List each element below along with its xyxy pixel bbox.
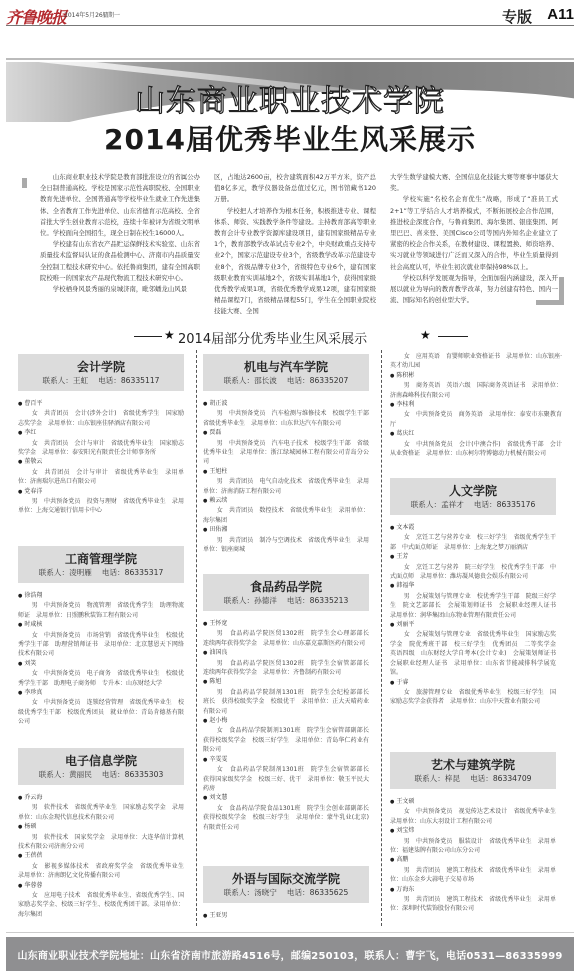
student-name: 徐浩翔 xyxy=(18,591,184,601)
student-desc: 男 食品药品学院医贸1302班 院学生会宿管部部长 连续两年获得奖学金 录用单位… xyxy=(203,659,369,678)
student-desc: 男 共青团员 制冷与空调技术 省级优秀毕业生 录用单位：银座商城 xyxy=(203,536,369,555)
student-desc: 女 共青团员 会计与审计 省级优秀毕业生 录用单位：济南瑞尔进出口有限公司 xyxy=(18,468,184,487)
college-name: 艺术与建筑学院 xyxy=(390,757,556,773)
student-desc: 男 共青团员 电气自动化技术 省级优秀毕业生 录用单位：济南消防工程有限公司 xyxy=(203,477,369,496)
student-entry: 赵小梅女 食品药品学院制剂1301班 院学生会宿管部副部长 获得校级奖学金 校级… xyxy=(203,716,369,755)
student-entry: 陈旭男 食品药品学院制剂1301班 院学生会纪检部部长 班长 获得校级奖学金 校… xyxy=(203,677,369,716)
student-name: 党春洋 xyxy=(18,487,184,497)
intro-paragraph: 学校建有山东省农产品贮运保鲜技术实验室、山东省质量技术监督局认证的食品检测中心、… xyxy=(40,239,200,284)
student-desc: 男 中共预备党员 物流管理 省级优秀学生 助理物流师证 录用单位：日照鹏秋装饰工… xyxy=(18,601,184,620)
student-name: 韩福华 xyxy=(390,581,556,591)
student-list: 胡正波男 中共预备党员 汽车检测与维修技术 校级学生干部 省级优秀毕业生 录用单… xyxy=(203,399,369,555)
student-entry: 李珍真女 中共预备党员 连锁经营管理 省级优秀毕业生 校级优秀学生干部 校级优秀… xyxy=(18,688,184,727)
student-entry: 王文硕女 中共预备党员 视觉传达艺术设计 省级优秀毕业生 录用单位：山东大羽设计… xyxy=(390,797,556,826)
student-name: 李珍真 xyxy=(18,688,184,698)
contact-phone: 电话：86335625 xyxy=(287,888,348,897)
student-desc: 男 中共预备党员 汽车检测与维修技术 校级学生干部 省级优秀毕业生 录用单位：山… xyxy=(203,409,369,428)
student-entry: 董敬云女 共青团员 会计与审计 省级优秀毕业生 录用单位：济南瑞尔进出口有限公司 xyxy=(18,457,184,486)
student-name: 万海东 xyxy=(390,885,556,895)
college-header: 电子信息学院 联系人：黄丽民电话：86335303 xyxy=(18,748,184,785)
college-art-architecture: 艺术与建筑学院 联系人：梓昆电话：86334709 王文硕女 中共预备党员 视觉… xyxy=(390,752,556,914)
student-entry: 葛庆红女 中共预备党员 会计(中澳合作) 省级优秀干部 会计从业资格证 录用单位… xyxy=(390,429,562,458)
student-name: 王旭柱 xyxy=(203,467,369,477)
student-desc: 男 共青团员 建筑工程技术 省级优秀毕业生 录用单位：深圳时代装饰股份有限公司 xyxy=(390,895,556,914)
student-desc: 男 食品药品学院医贸1302班 院学生会心理部部长 连续两年获得奖学金 录用单位… xyxy=(203,629,369,648)
student-entry: 徐浩翔男 中共预备党员 物流管理 省级优秀学生 助理物流师证 录用单位：日照鹏秋… xyxy=(18,591,184,620)
contact-phone: 电话：86335176 xyxy=(474,500,535,509)
student-entry: 刘文慧女 食品药品学院食品1301班 院学生会创业部副部长 获得校级奖学金 校级… xyxy=(203,793,369,832)
student-entry: 乔云海男 软件技术 省级优秀毕业生 国家励志奖学金 录用单位：山东金现代信息技术… xyxy=(18,793,184,822)
student-entry: 李红女 共青团员 会计与审计 省级优秀毕业生 国家励志奖学金 录用单位：泰安阳光… xyxy=(18,428,184,457)
student-list: 乔云海男 软件技术 省级优秀毕业生 国家励志奖学金 录用单位：山东金现代信息技术… xyxy=(18,793,184,919)
college-name: 会计学院 xyxy=(18,359,184,375)
student-entry: 万海东男 共青团员 建筑工程技术 省级优秀毕业生 录用单位：深圳时代装饰股份有限… xyxy=(390,885,556,914)
student-entry: 李桂利女 中共预备党员 商务英语 录用单位：泰安市东聚教育厅 xyxy=(390,400,562,429)
contact-phone: 电话：86335213 xyxy=(287,596,348,605)
paragraph-marker-icon xyxy=(22,178,27,188)
intro-paragraph: 学校以科学发展观为指导，全面加强内涵建设，深入开展以就业为导向的教育教学改革，努… xyxy=(390,273,558,307)
college-contact: 联系人：王虹电话：86335117 xyxy=(18,375,184,387)
top-divider xyxy=(6,58,574,60)
student-desc: 男 共青团员 建筑工程技术 省级优秀毕业生 录用单位：山东金乡大蒜电子交易市场 xyxy=(390,866,556,885)
college-header: 机电与汽车学院 联系人：邵长波电话：86335207 xyxy=(203,354,369,391)
student-desc: 男 商务英语 英语六级 国际商务英语证书 录用单位：济南森峰科技有限公司 xyxy=(390,381,562,400)
student-entry: 田佑湘男 共青团员 制冷与空调技术 省级优秀毕业生 录用单位：银座商城 xyxy=(203,525,369,554)
student-desc: 女 烹饪工艺与营养 院三好学生 校优秀学生干部 中式面点师 录用单位：潍坊凝风德… xyxy=(390,563,556,582)
student-name: 胡正波 xyxy=(203,399,369,409)
student-list: 曹百平女 共青团员 会计(涉外会计) 省级优秀学生 国家励志奖学金 录用单位：山… xyxy=(18,399,184,516)
intro-column-2: 区，占地达2600亩，校舍建筑面积42万平方米，资产总值8亿多元，教学仪器设备总… xyxy=(214,172,376,318)
title-banner: 山东商业职业技术学院 2014届优秀毕业生风采展示 xyxy=(6,62,574,160)
student-name: 李红 xyxy=(18,428,184,438)
student-name: 赵小梅 xyxy=(203,716,369,726)
contact-person: 联系人：黄丽民 xyxy=(39,770,92,779)
college-header: 外语与国际交流学院 联系人：汤晓宁电话：86335625 xyxy=(203,866,369,903)
student-entry: 党春洋男 中共预备党员 投资与理财 省级优秀毕业生 录用单位：上海交通银行信用卡… xyxy=(18,487,184,516)
student-desc: 女 应用电子技术 省级优秀毕业生、省级优秀学生、国家励志奖学金、校级三好学生、校… xyxy=(18,891,184,919)
student-entry: 刘笑女 中共预备党员 电子商务 省级优秀毕业生 校级优秀学生干部 助理电子商务师… xyxy=(18,659,184,688)
corner-bracket-icon xyxy=(536,277,564,305)
student-name: 王芳 xyxy=(390,552,556,562)
intro-column-1: 山东商业职业技术学院是教育部批准设立的省属公办全日制普通高校。学校是国家示范性高… xyxy=(40,172,200,295)
star-icon: ★ xyxy=(420,328,431,342)
footer-address: 山东商业职业技术学院地址：山东省济南市旅游路4516号，邮编250103，联系人… xyxy=(6,947,574,962)
college-name: 工商管理学院 xyxy=(18,551,184,567)
student-name: 辛雯雯 xyxy=(203,755,369,765)
intro-paragraph: 大学生数学建模大赛、全国信息化技能大赛等赛事中屡获大奖。 xyxy=(390,172,558,194)
contact-phone: 电话：86335207 xyxy=(287,376,348,385)
student-entry: 王亚男 xyxy=(203,911,369,921)
student-entry: 华蓉蓉女 应用电子技术 省级优秀毕业生、省级优秀学生、国家励志奖学金、校级三好学… xyxy=(18,881,184,920)
student-entry: 王蓓蓓女 影视多媒体技术 省政府奖学金 省级优秀毕业生 录用单位：济南朗亿文化传… xyxy=(18,851,184,880)
student-entry: 刘丽平女 会展策划与管理专业 省级优秀毕业生 国家励志奖学金 院优秀班干部 校三… xyxy=(390,620,556,677)
student-name: 文本霞 xyxy=(390,523,556,533)
student-name: 赖云续 xyxy=(203,496,369,506)
student-entry: 王怀宽男 食品药品学院医贸1302班 院学生会心理部部长 连续两年获得奖学金 录… xyxy=(203,619,369,648)
college-name: 食品药品学院 xyxy=(203,579,369,595)
student-desc: 女 食品药品学院制剂1301班 院学生会宿管部副部长 获得校级奖学金 校级三好学… xyxy=(203,726,369,754)
page-number: A11 xyxy=(547,6,574,23)
section-heading: ★ 2014届部分优秀毕业生风采展示 ★ xyxy=(6,326,574,346)
student-name: 贾磊 xyxy=(203,428,369,438)
student-list: 王怀宽男 食品药品学院医贸1302班 院学生会心理部部长 连续两年获得奖学金 录… xyxy=(203,619,369,832)
student-name: 时咸核 xyxy=(18,620,184,630)
contact-person: 联系人：孟祥才 xyxy=(411,500,464,509)
intro-paragraph: 学校栖身风景秀丽的泉城济南，毗邻蟠龙山风景 xyxy=(40,284,200,295)
college-header: 会计学院 联系人：王虹电话：86335117 xyxy=(18,354,184,391)
student-name: 刘丽平 xyxy=(390,620,556,630)
student-desc: 女 影视多媒体技术 省政府奖学金 省级优秀毕业生 录用单位：济南朗亿文化传播有限… xyxy=(18,862,184,881)
student-entry: 文本霞女 烹饪工艺与营养专业 校三好学生 省级优秀学生干部 中式面点师证 录用单… xyxy=(390,523,556,552)
student-name: 陈旭 xyxy=(203,677,369,687)
student-name: 王蓓蓓 xyxy=(18,851,184,861)
college-accounting: 会计学院 联系人：王虹电话：86335117 曹百平女 共青团员 会计(涉外会计… xyxy=(18,354,184,516)
contact-person: 联系人：梓昆 xyxy=(415,774,461,783)
student-desc: 女 中共预备党员 电子商务 省级优秀毕业生 校级优秀学生干部 助理电子商务师 专… xyxy=(18,669,184,688)
student-entry: 王旭柱男 共青团员 电气自动化技术 省级优秀毕业生 录用单位：济南消防工程有限公… xyxy=(203,467,369,496)
newspaper-logo: 齐鲁晚报 xyxy=(6,5,66,28)
student-entry: 辛雯雯女 食品药品学院制剂1301班 院学生会宿管部部长 获得国家级奖学金 校级… xyxy=(203,755,369,794)
intro-column-3: 大学生数学建模大赛、全国信息化技能大赛等赛事中屡获大奖。 学校实施“名校名企育优… xyxy=(390,172,558,306)
heading-rule-left xyxy=(134,336,162,337)
student-desc: 女 烹饪工艺与营养专业 校三好学生 省级优秀学生干部 中式面点师证 录用单位：上… xyxy=(390,533,556,552)
student-desc: 男 中共预备党员 服装设计 省级优秀毕业生 录用单位：福建柒牌有限公司山东分公司 xyxy=(390,837,556,856)
college-electronic-info: 电子信息学院 联系人：黄丽民电话：86335303 乔云海男 软件技术 省级优秀… xyxy=(18,748,184,919)
contact-phone: 电话：86335303 xyxy=(102,770,163,779)
star-icon: ★ xyxy=(164,328,175,342)
student-entry: 油国良男 食品药品学院医贸1302班 院学生会宿管部部长 连续两年获得奖学金 录… xyxy=(203,648,369,677)
student-name: 华蓉蓉 xyxy=(18,881,184,891)
contact-person: 联系人：凌明雁 xyxy=(39,568,92,577)
student-name: 王文硕 xyxy=(390,797,556,807)
contact-person: 联系人：孙德洋 xyxy=(224,596,277,605)
student-entry: 赖云续女 共青团员 数控技术 省级优秀毕业生 录用单位：海尔集团 xyxy=(203,496,369,525)
student-name: 油国良 xyxy=(203,648,369,658)
college-header: 人文学院 联系人：孟祥才电话：86335176 xyxy=(390,478,556,515)
college-foreign-language: 外语与国际交流学院 联系人：汤晓宁电话：86335625 王亚男 xyxy=(203,866,369,921)
student-name: 田佑湘 xyxy=(203,525,369,535)
student-name: 刘笑 xyxy=(18,659,184,669)
student-name: 葛庆红 xyxy=(390,429,562,439)
student-entry: 胡正波男 中共预备党员 汽车检测与维修技术 校级学生干部 省级优秀毕业生 录用单… xyxy=(203,399,369,428)
college-header: 食品药品学院 联系人：孙德洋电话：86335213 xyxy=(203,574,369,611)
student-list: 文本霞女 烹饪工艺与营养专业 校三好学生 省级优秀学生干部 中式面点师证 录用单… xyxy=(390,523,556,707)
intro-paragraph: 区，占地达2600亩，校舍建筑面积42万平方米，资产总值8亿多元，教学仪器设备总… xyxy=(214,172,376,206)
college-contact: 联系人：黄丽民电话：86335303 xyxy=(18,769,184,781)
student-name: 李桂利 xyxy=(390,400,562,410)
college-name: 机电与汽车学院 xyxy=(203,359,369,375)
student-desc: 男 食品药品学院制剂1301班 院学生会纪检部部长 班长 获得校级奖学金 校级优… xyxy=(203,688,369,716)
student-entry: 贾磊男 中共预备党员 汽车电子技术 校级学生干部 省级优秀毕业生 录用单位：浙江… xyxy=(203,428,369,467)
student-name: 于睿 xyxy=(390,678,556,688)
student-entry: 韩福华男 会展策划与管理专业 校优秀学生干部 院级三好学生 院文艺部部长 会展策… xyxy=(390,581,556,620)
footer-divider xyxy=(6,932,574,933)
college-name: 人文学院 xyxy=(390,483,556,499)
student-desc: 女 中共预备党员 商务英语 录用单位：泰安市东聚教育厅 xyxy=(390,410,562,429)
section-heading-text: 2014届部分优秀毕业生风采展示 xyxy=(178,328,367,347)
student-desc: 男 中共预备党员 投资与理财 省级优秀毕业生 录用单位：上海交通银行信用卡中心 xyxy=(18,497,184,516)
college-foreign-language-continued: 女 应用英语 育婴师职业资格证书 录用单位：山东银座·英才幼儿园 陈积彬男 商务… xyxy=(390,352,562,458)
student-list: 王亚男 xyxy=(203,911,369,921)
student-entry: 女 应用英语 育婴师职业资格证书 录用单位：山东银座·英才幼儿园 xyxy=(390,352,562,371)
column-divider xyxy=(381,350,382,926)
contact-person: 联系人：王虹 xyxy=(43,376,89,385)
student-name: 陈积彬 xyxy=(390,371,562,381)
college-contact: 联系人：孟祥才电话：86335176 xyxy=(390,499,556,511)
student-list: 女 应用英语 育婴师职业资格证书 录用单位：山东银座·英才幼儿园 陈积彬男 商务… xyxy=(390,352,562,458)
contact-phone: 电话：86335317 xyxy=(102,568,163,577)
college-humanities: 人文学院 联系人：孟祥才电话：86335176 文本霞女 烹饪工艺与营养专业 校… xyxy=(390,478,556,707)
intro-paragraph: 学校把人才培养作为根本任务，积极推进专业、课程体系、师资、实践教学条件等建设。主… xyxy=(214,206,376,318)
student-name: 刘宝炜 xyxy=(390,826,556,836)
student-desc: 女 共青团员 会计(涉外会计) 省级优秀学生 国家励志奖学金 录用单位：山东银座… xyxy=(18,409,184,428)
college-name: 电子信息学院 xyxy=(18,753,184,769)
college-name: 外语与国际交流学院 xyxy=(203,871,369,887)
college-contact: 联系人：凌明雁电话：86335317 xyxy=(18,567,184,579)
student-list: 徐浩翔男 中共预备党员 物流管理 省级优秀学生 助理物流师证 录用单位：日照鹏秋… xyxy=(18,591,184,727)
student-desc: 女 共青团员 会计与审计 省级优秀毕业生 国家励志奖学金 录用单位：泰安阳光有限… xyxy=(18,439,184,458)
student-entry: 时咸核女 中共预备党员 市场营销 省级优秀毕业生 校级优秀学生干部 助理营销师证… xyxy=(18,620,184,659)
contact-person: 联系人：邵长波 xyxy=(224,376,277,385)
college-contact: 联系人：梓昆电话：86334709 xyxy=(390,773,556,785)
student-desc: 女 中共预备党员 会计(中澳合作) 省级优秀干部 会计从业资格证 录用单位：山东… xyxy=(390,440,562,459)
contact-phone: 电话：86335117 xyxy=(98,376,159,385)
student-desc: 女 会展策划与管理专业 省级优秀毕业生 国家励志奖学金 院优秀班干部 校三好学生… xyxy=(390,630,556,677)
student-desc: 女 应用英语 育婴师职业资格证书 录用单位：山东银座·英才幼儿园 xyxy=(390,352,562,371)
student-list: 王文硕女 中共预备党员 视觉传达艺术设计 省级优秀毕业生 录用单位：山东大羽设计… xyxy=(390,797,556,914)
student-desc: 女 食品药品学院食品1301班 院学生会创业部副部长 获得校级奖学金 校级三好学… xyxy=(203,804,369,832)
student-name: 刘文慧 xyxy=(203,793,369,803)
student-desc: 女 食品药品学院制剂1301班 院学生会宿管部部长 获得国家级奖学金 校级三好、… xyxy=(203,765,369,793)
college-contact: 联系人：孙德洋电话：86335213 xyxy=(203,595,369,607)
college-contact: 联系人：邵长波电话：86335207 xyxy=(203,375,369,387)
student-name: 高鹏 xyxy=(390,855,556,865)
student-desc: 女 旅游管理专业 省级优秀毕业生 校级三好学生 国家励志奖学金获得者 录用单位：… xyxy=(390,688,556,707)
student-name: 董敬云 xyxy=(18,457,184,467)
student-desc: 男 软件技术 国家奖学金 录用单位：大连华信计算机技术有限公司济南分公司 xyxy=(18,833,184,852)
college-mechatronics-auto: 机电与汽车学院 联系人：邵长波电话：86335207 胡正波男 中共预备党员 汽… xyxy=(203,354,369,555)
student-entry: 刘宝炜男 中共预备党员 服装设计 省级优秀毕业生 录用单位：福建柒牌有限公司山东… xyxy=(390,826,556,855)
college-food-drug: 食品药品学院 联系人：孙德洋电话：86335213 王怀宽男 食品药品学院医贸1… xyxy=(203,574,369,832)
footer-bar: 山东商业职业技术学院地址：山东省济南市旅游路4516号，邮编250103，联系人… xyxy=(6,937,574,971)
student-name: 乔云海 xyxy=(18,793,184,803)
contact-phone: 电话：86334709 xyxy=(470,774,531,783)
student-desc: 女 共青团员 数控技术 省级优秀毕业生 录用单位：海尔集团 xyxy=(203,506,369,525)
student-name: 曹百平 xyxy=(18,399,184,409)
heading-rule-right xyxy=(438,336,468,337)
intro-paragraph: 山东商业职业技术学院是教育部批准设立的省属公办全日制普通高校。学校是国家示范性高… xyxy=(40,172,200,239)
student-entry: 陈积彬男 商务英语 英语六级 国际商务英语证书 录用单位：济南森峰科技有限公司 xyxy=(390,371,562,400)
college-header: 工商管理学院 联系人：凌明雁电话：86335317 xyxy=(18,546,184,583)
contact-person: 联系人：汤晓宁 xyxy=(224,888,277,897)
showcase-title: 2014届优秀毕业生风采展示 xyxy=(6,118,574,158)
student-name: 王怀宽 xyxy=(203,619,369,629)
student-desc: 女 中共预备党员 连锁经营管理 省级优秀毕业生 校级优秀学生干部 校级优秀团员 … xyxy=(18,698,184,726)
column-divider xyxy=(196,350,197,926)
student-desc: 女 中共预备党员 市场营销 省级优秀毕业生 校级优秀学生干部 助理营销师证书 录… xyxy=(18,631,184,659)
intro-paragraph: 学校实施“名校名企育优生”战略，形成了“准员工式2+1”等工学结合人才培养模式，… xyxy=(390,194,558,272)
student-desc: 男 中共预备党员 汽车电子技术 校级学生干部 省级优秀毕业生 录用单位：浙江绿城… xyxy=(203,439,369,467)
section-label: 专版 xyxy=(502,6,532,27)
college-contact: 联系人：汤晓宁电话：86335625 xyxy=(203,887,369,899)
student-entry: 于睿女 旅游管理专业 省级优秀毕业生 校级三好学生 国家励志奖学金获得者 录用单… xyxy=(390,678,556,707)
student-desc: 男 软件技术 省级优秀毕业生 国家励志奖学金 录用单位：山东金现代信息技术有限公… xyxy=(18,803,184,822)
weekday: 星期一 xyxy=(102,10,120,19)
school-name-title: 山东商业职业技术学院 xyxy=(6,76,574,120)
student-desc: 女 中共预备党员 视觉传达艺术设计 省级优秀毕业生 录用单位：山东大羽设计工程有… xyxy=(390,807,556,826)
college-header: 艺术与建筑学院 联系人：梓昆电话：86334709 xyxy=(390,752,556,789)
newspaper-page: 齐鲁晚报 2014年5月26日 星期一 专版 A11 山东商业职业技术学院 20… xyxy=(0,0,580,980)
student-entry: 杨硕男 软件技术 国家奖学金 录用单位：大连华信计算机技术有限公司济南分公司 xyxy=(18,822,184,851)
student-name: 杨硕 xyxy=(18,822,184,832)
student-name: 王亚男 xyxy=(203,911,369,921)
student-entry: 王芳女 烹饪工艺与营养 院三好学生 校优秀学生干部 中式面点师 录用单位：潍坊凝… xyxy=(390,552,556,581)
college-business-admin: 工商管理学院 联系人：凌明雁电话：86335317 徐浩翔男 中共预备党员 物流… xyxy=(18,546,184,727)
student-entry: 高鹏男 共青团员 建筑工程技术 省级优秀毕业生 录用单位：山东金乡大蒜电子交易市… xyxy=(390,855,556,884)
masthead: 齐鲁晚报 2014年5月26日 星期一 专版 A11 xyxy=(6,4,574,26)
student-entry: 曹百平女 共青团员 会计(涉外会计) 省级优秀学生 国家励志奖学金 录用单位：山… xyxy=(18,399,184,428)
student-desc: 男 会展策划与管理专业 校优秀学生干部 院级三好学生 院文艺部部长 会展策划师证… xyxy=(390,592,556,620)
